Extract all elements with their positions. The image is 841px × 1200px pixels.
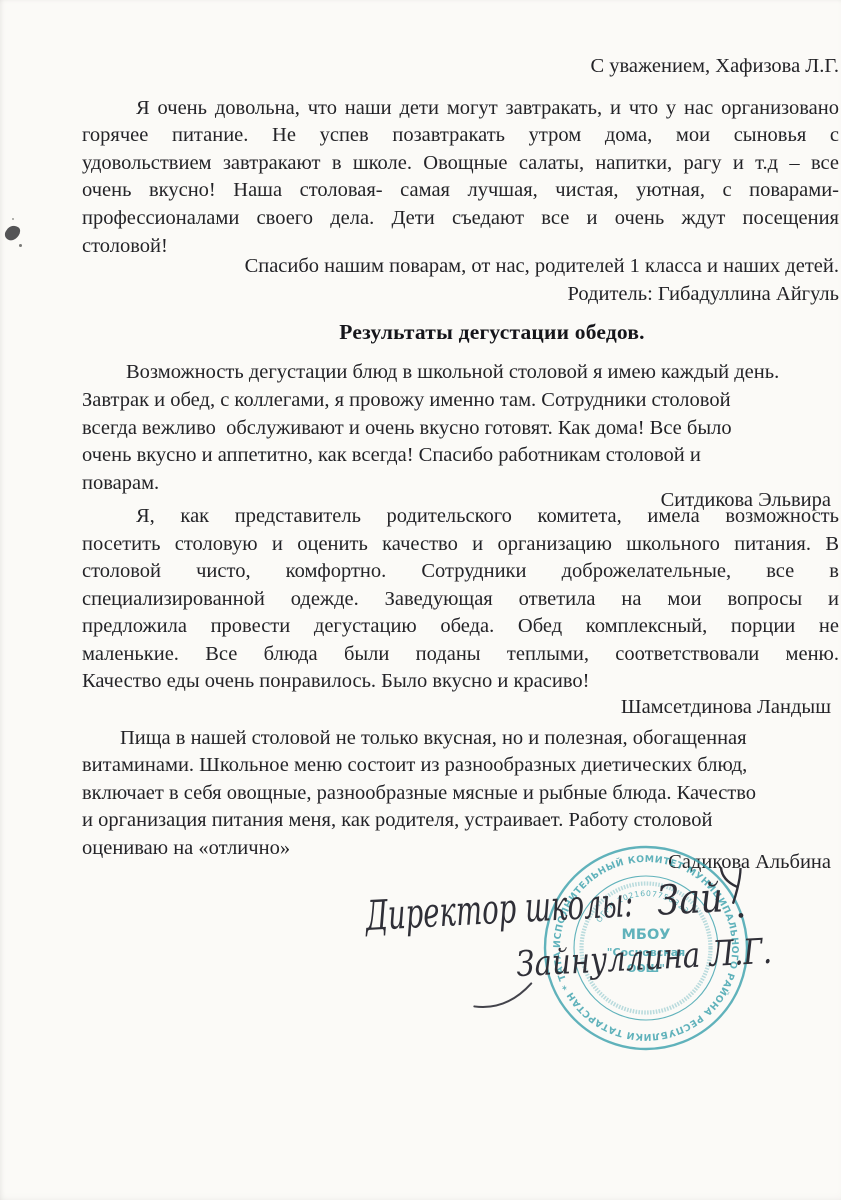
signature-name-text: Зайнуллина Л.Г. [515,932,773,985]
section-heading-row: Результаты дегустации обедов. [82,317,841,347]
signature-name-sweep [473,983,532,1007]
paper-speck [19,244,22,247]
text-line: столовой чисто, комфортно. Сотрудники до… [82,558,839,586]
text-line: очень вкусно! Наша столовая- самая лучша… [82,177,839,205]
text-line: Я, как представитель родительского комит… [82,503,839,531]
review1-paragraph: Я очень довольна, что наши дети могут за… [82,95,839,261]
salutation-line: С уважением, Хафизова Л.Г. [82,53,839,81]
paper-speck [12,218,14,220]
text-line: Завтрак и обед, с коллегами, я провожу и… [82,387,839,415]
ink-smudge [3,223,23,244]
signature-flourish [720,868,742,903]
handwritten-signature: Директор школы: Зай Зайнуллина Л.Г. [352,868,812,1018]
review2-paragraph: Возможность дегустации блюд в школьной с… [82,359,839,497]
text-line: и организация питания меня, как родителя… [82,807,839,835]
review3-author: Шамсетдинова Ландыш [82,694,839,722]
signature-title-text: Директор школы: [363,878,634,940]
text-line: горячее питание. Не успев позавтракать у… [82,122,839,150]
text-line: удовольствием завтракают в школе. Овощны… [82,150,839,178]
parent-signoff-line: Родитель: Гибадуллина Айгуль [82,281,839,309]
text-line: очень вкусно и аппетитно, как всегда! Сп… [82,442,839,470]
text-line: Пища в нашей столовой не только вкусная,… [82,725,839,753]
text-line: Возможность дегустации блюд в школьной с… [82,359,839,387]
text-line: маленькие. Все блюда были поданы теплыми… [82,641,839,669]
thanks-line: Спасибо нашим поварам, от нас, родителей… [82,253,839,281]
text-line: включает в себя овощные, разнообразные м… [82,780,839,808]
text-line: специализированной одежде. Заведующая от… [82,586,839,614]
review3-paragraph: Я, как представитель родительского комит… [82,503,839,696]
text-line: предложила провести дегустацию обеда. Об… [82,613,839,641]
signature-flourish-dot [738,913,743,918]
signature-flourish-text: Зай [656,873,724,924]
text-line: Качество еды очень понравилось. Было вку… [82,668,839,696]
text-line: профессионалами своего дела. Дети съедаю… [82,205,839,233]
scanned-letter-page: С уважением, Хафизова Л.Г. Я очень довол… [0,0,841,1200]
text-line: всегда вежливо обслуживают и очень вкусн… [82,415,839,443]
text-line: витаминами. Школьное меню состоит из раз… [82,752,839,780]
section-heading: Результаты дегустации обедов. [339,320,644,344]
text-line: посетить столовую и оценить качество и о… [82,531,839,559]
text-line: Я очень довольна, что наши дети могут за… [82,95,839,123]
